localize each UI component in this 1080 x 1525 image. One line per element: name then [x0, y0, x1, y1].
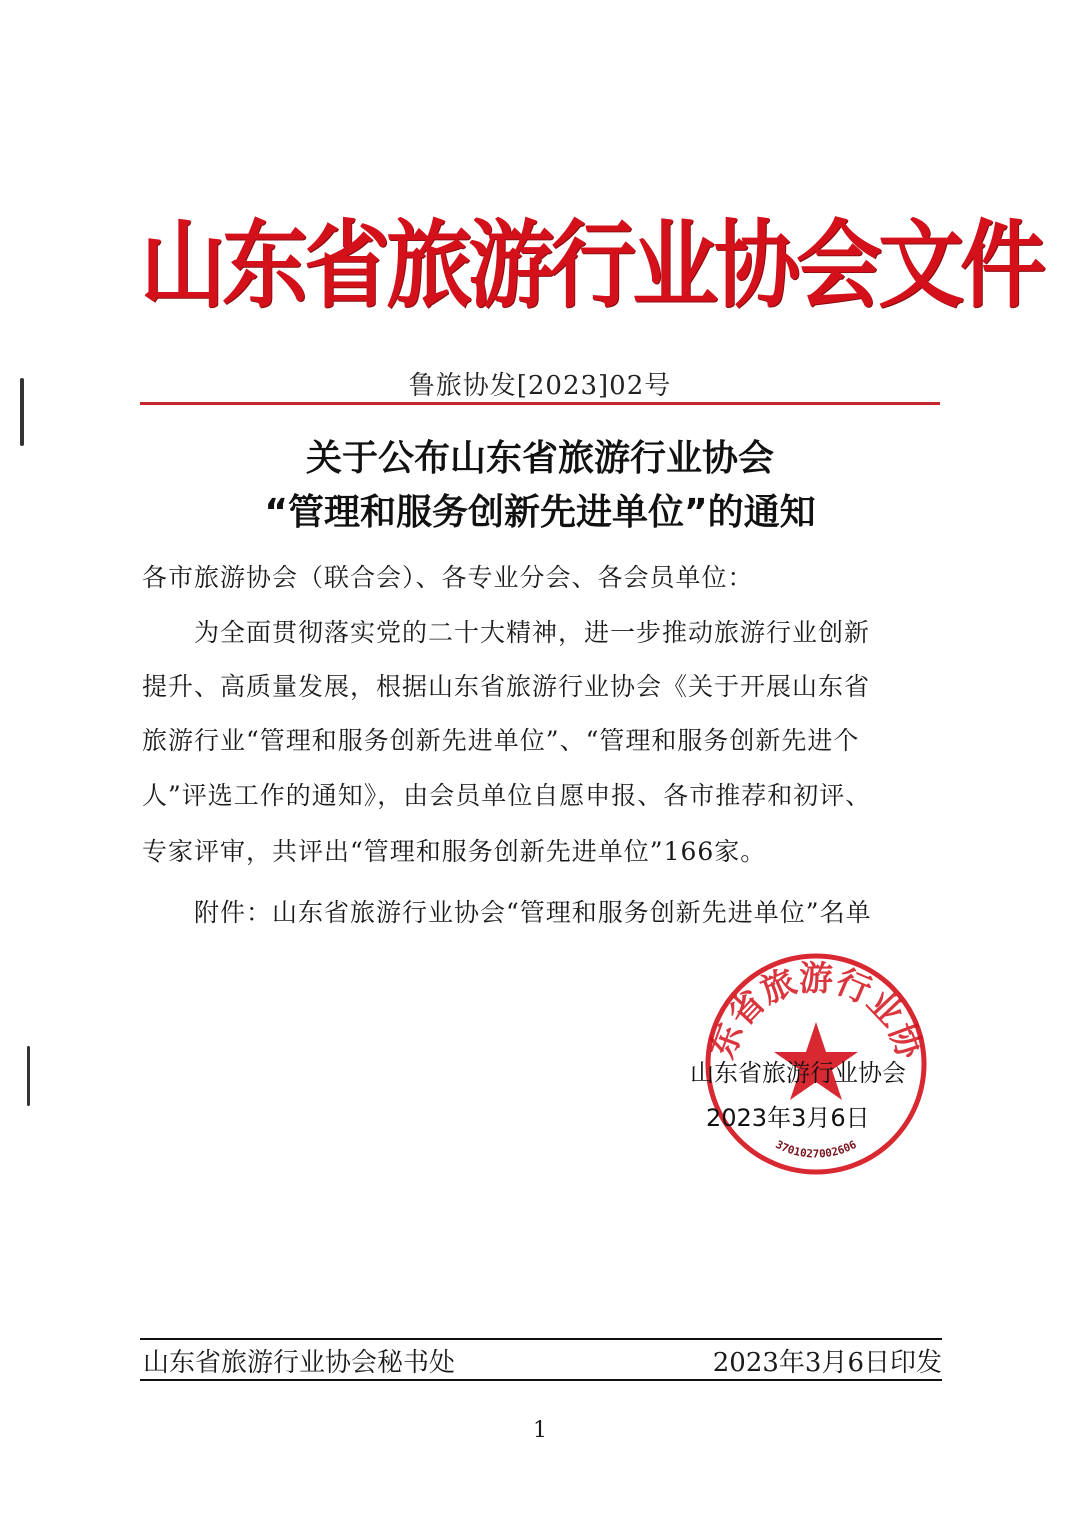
page-number: 1	[0, 1418, 1080, 1443]
footer-issuer: 山东省旅游行业协会秘书处	[143, 1345, 455, 1381]
notice-title-line2: “管理和服务创新先进单位”的通知	[140, 484, 940, 535]
paragraph-line: 旅游行业“管理和服务创新先进单位”、“管理和服务创新先进个	[142, 723, 942, 759]
paragraph-line: 人”评选工作的通知》，由会员单位自愿申报、各市推荐和初评、	[142, 778, 942, 814]
red-divider	[140, 402, 940, 405]
footer-issue-date: 2023年3月6日印发	[713, 1345, 942, 1381]
document-number: 鲁旅协发[2023]02号	[140, 368, 940, 404]
margin-mark-bottom	[27, 1046, 30, 1106]
paragraph-line: 为全面贯彻落实党的二十大精神，进一步推动旅游行业创新	[142, 615, 942, 651]
masthead-title: 山东省旅游行业协会文件	[140, 200, 950, 332]
signature-organization: 山东省旅游行业协会	[690, 1053, 906, 1088]
footer-bottom-rule	[140, 1379, 942, 1381]
paragraph-line: 专家评审，共评出“管理和服务创新先进单位”166家。	[142, 834, 942, 870]
footer-top-rule	[140, 1338, 942, 1340]
attachment-line: 附件：山东省旅游行业协会“管理和服务创新先进单位”名单	[142, 895, 942, 931]
svg-text:3701027002606: 3701027002606	[773, 1138, 859, 1161]
notice-title-line1: 关于公布山东省旅游行业协会	[140, 430, 940, 481]
margin-mark-top	[20, 378, 24, 446]
salutation: 各市旅游协会（联合会）、各专业分会、各会员单位：	[142, 560, 942, 596]
signature-date: 2023年3月6日	[706, 1098, 870, 1133]
paragraph-line: 提升、高质量发展，根据山东省旅游行业协会《关于开展山东省	[142, 669, 942, 705]
